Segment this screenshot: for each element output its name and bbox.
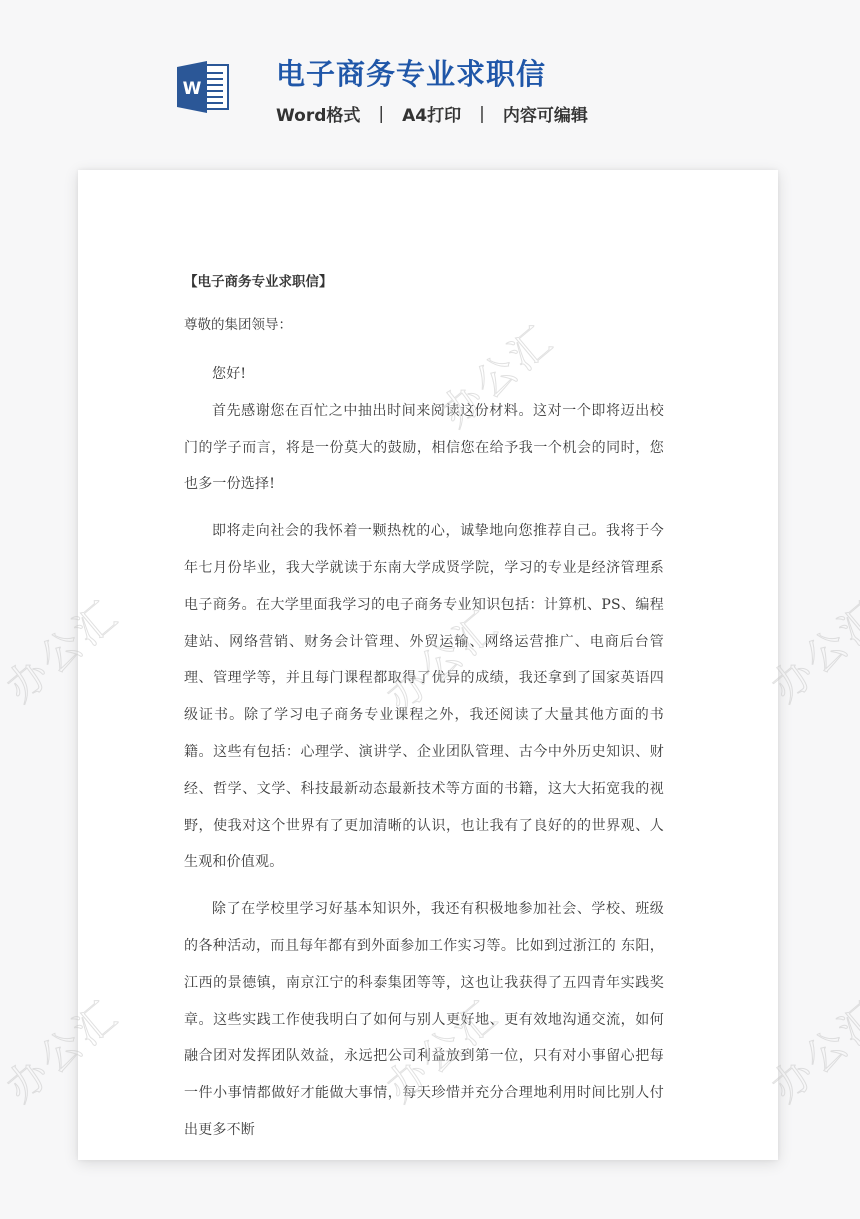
word-doc-icon: W — [175, 59, 231, 115]
paragraph-activities: 除了在学校里学习好基本知识外，我还有积极地参加社会、学校、班级的各种活动，而且每… — [184, 891, 664, 1149]
badge-a4-print: A4打印 — [402, 101, 461, 126]
document-body: 【电子商务专业求职信】 尊敬的集团领导： 您好! 首先感谢您在百忙之中抽出时间来… — [184, 270, 664, 1159]
svg-text:W: W — [183, 79, 202, 99]
badge-word-format: Word格式 — [276, 101, 360, 126]
feature-badges: Word格式 | A4打印 | 内容可编辑 — [276, 101, 588, 126]
separator: | — [479, 104, 485, 124]
paragraph-education: 即将走向社会的我怀着一颗热枕的心，诚挚地向您推荐自己。我将于今年七月份毕业，我大… — [184, 513, 664, 881]
paragraph-intro: 首先感谢您在百忙之中抽出时间来阅读这份材料。这对一个即将迈出校门的学子而言，将是… — [184, 393, 664, 503]
salutation: 尊敬的集团领导： — [184, 313, 664, 337]
separator: | — [378, 104, 384, 124]
header: W 电子商务专业求职信 Word格式 | A4打印 | 内容可编辑 — [0, 0, 860, 170]
paragraph-greeting: 您好! — [184, 356, 664, 393]
document-page: 【电子商务专业求职信】 尊敬的集团领导： 您好! 首先感谢您在百忙之中抽出时间来… — [78, 170, 778, 1160]
page-title: 电子商务专业求职信 — [276, 52, 546, 93]
badge-editable: 内容可编辑 — [503, 101, 588, 126]
document-heading: 【电子商务专业求职信】 — [184, 270, 664, 294]
